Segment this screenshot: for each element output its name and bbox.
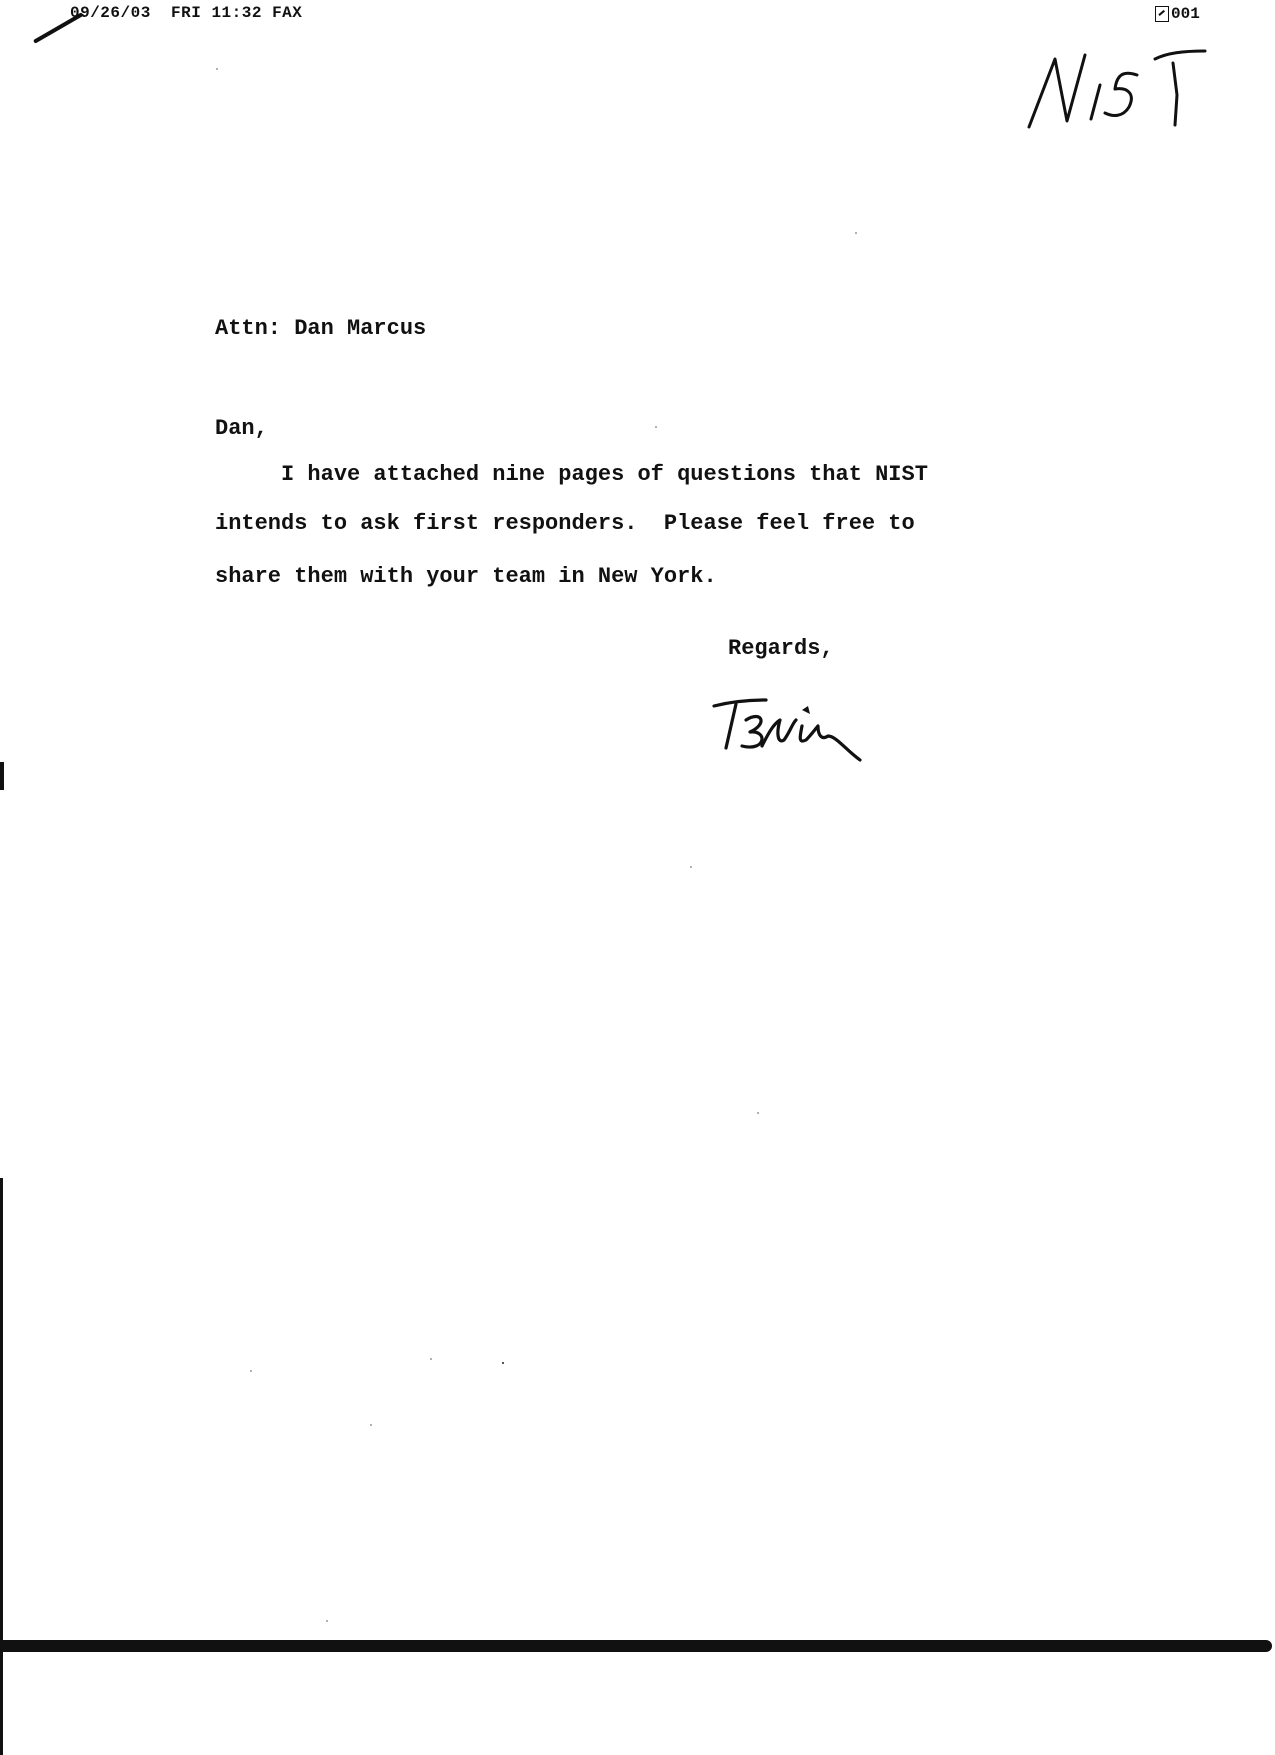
scan-speck (690, 866, 692, 868)
fax-type: FAX (272, 4, 302, 22)
scan-speck (655, 426, 657, 428)
scan-speck (326, 1620, 328, 1622)
fax-page-number: 001 (1171, 5, 1200, 23)
salutation: Dan, (215, 416, 268, 441)
scan-left-border (0, 1178, 3, 1755)
fax-transmission-header: 09/26/03 FRI 11:32 FAX (70, 4, 302, 22)
scan-speck (216, 68, 218, 70)
scan-edge-mark (0, 762, 4, 790)
fax-page: 09/26/03 FRI 11:32 FAX 001 Attn: Dan Mar… (0, 0, 1275, 1755)
fax-page-counter: 001 (1155, 5, 1200, 23)
signature (710, 690, 870, 775)
scan-speck (430, 1358, 432, 1360)
scan-bottom-border (2, 1640, 1272, 1652)
scan-speck (370, 1424, 372, 1426)
signature-icon (710, 690, 870, 770)
body-line-1: I have attached nine pages of questions … (215, 462, 928, 487)
scan-speck (757, 1112, 759, 1114)
scan-speck (502, 1362, 504, 1364)
pen-slash-mark (33, 12, 83, 43)
scan-speck (855, 232, 857, 234)
fax-day: FRI (171, 4, 201, 22)
scan-speck (250, 1370, 252, 1372)
handwriting-nist-icon (1025, 45, 1215, 135)
handwritten-nist-annotation (1025, 45, 1215, 140)
fax-time: 11:32 (211, 4, 262, 22)
closing: Regards, (728, 636, 834, 661)
body-line-2: intends to ask first responders. Please … (215, 511, 915, 536)
attention-line: Attn: Dan Marcus (215, 316, 426, 341)
fax-page-icon (1155, 6, 1169, 22)
body-line-3: share them with your team in New York. (215, 564, 717, 589)
